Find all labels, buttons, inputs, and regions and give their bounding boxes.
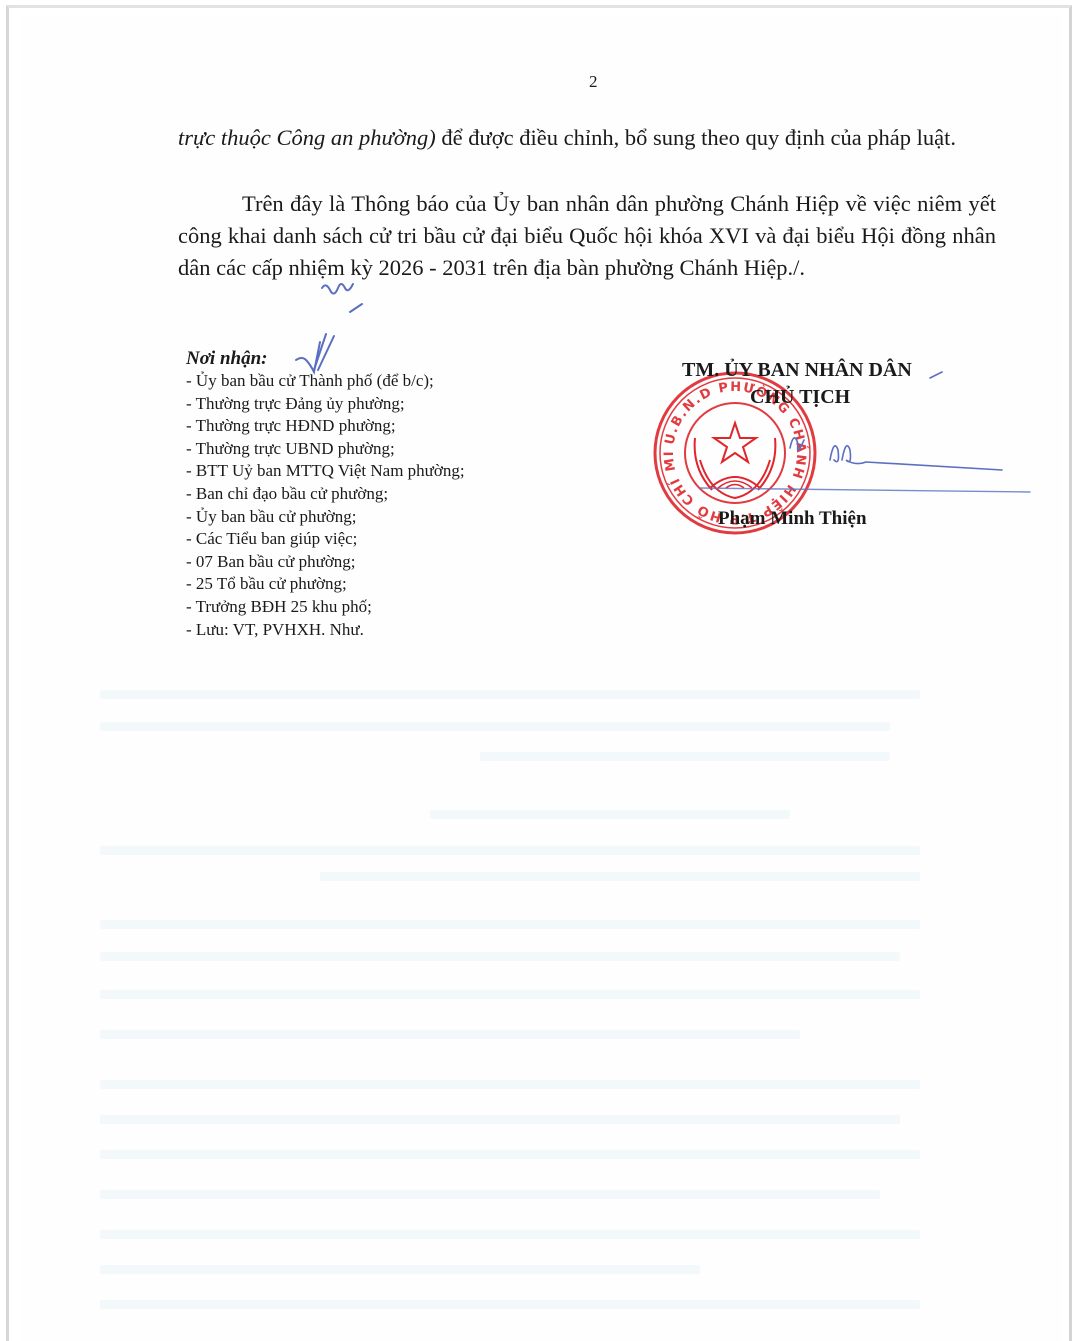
recipient-item: - Ban chỉ đạo bầu cử phường; xyxy=(186,483,546,506)
recipients-list: - Ủy ban bầu cử Thành phố (để b/c);- Thư… xyxy=(186,370,546,641)
bleed-through-line xyxy=(320,872,920,881)
paragraph-continuation: trực thuộc Công an phường) để được điều … xyxy=(178,122,996,154)
recipient-item: - 07 Ban bầu cử phường; xyxy=(186,551,546,574)
bleed-through-line xyxy=(100,1080,920,1089)
bleed-through-line xyxy=(100,1190,880,1199)
bleed-through-line xyxy=(100,920,920,929)
bleed-through-line xyxy=(100,1115,900,1124)
recipient-item: - Lưu: VT, PVHXH. Như. xyxy=(186,619,546,642)
bleed-through-line xyxy=(480,752,890,761)
recipient-item: - 25 Tổ bầu cử phường; xyxy=(186,573,546,596)
recipient-item: - Trưởng BĐH 25 khu phố; xyxy=(186,596,546,619)
recipient-item: - Thường trực HĐND phường; xyxy=(186,415,546,438)
signer-name: Phạm Minh Thiện xyxy=(718,508,867,530)
recipient-item: - BTT Uỷ ban MTTQ Việt Nam phường; xyxy=(186,460,546,483)
regular-clause: để được điều chỉnh, bổ sung theo quy địn… xyxy=(436,125,956,150)
italic-clause: trực thuộc Công an phường) xyxy=(178,125,436,150)
on-behalf-title: TM. ỦY BAN NHÂN DÂN xyxy=(660,356,990,384)
bleed-through-line xyxy=(100,1150,920,1159)
page-number: 2 xyxy=(589,72,598,92)
closing-paragraph: Trên đây là Thông báo của Ủy ban nhân dâ… xyxy=(178,188,996,284)
bleed-through-line xyxy=(100,690,920,699)
signature-block: TM. ỦY BAN NHÂN DÂN CHỦ TỊCH xyxy=(650,356,990,410)
bleed-through-line xyxy=(100,1230,920,1239)
bleed-through-line xyxy=(100,722,890,731)
recipients-block: Nơi nhận: - Ủy ban bầu cử Thành phố (để … xyxy=(186,348,546,641)
bleed-through-line xyxy=(430,810,790,819)
bleed-through-line xyxy=(100,1030,800,1039)
bleed-through-line xyxy=(100,990,920,999)
recipient-item: - Ủy ban bầu cử phường; xyxy=(186,506,546,529)
recipient-item: - Các Tiểu ban giúp việc; xyxy=(186,528,546,551)
recipient-item: - Ủy ban bầu cử Thành phố (để b/c); xyxy=(186,370,546,393)
bleed-through-line xyxy=(100,952,900,961)
recipients-heading: Nơi nhận: xyxy=(186,348,546,370)
recipient-item: - Thường trực Đảng ủy phường; xyxy=(186,393,546,416)
bleed-through-line xyxy=(100,1265,700,1274)
recipient-item: - Thường trực UBND phường; xyxy=(186,438,546,461)
bleed-through-line xyxy=(100,846,920,855)
signer-role: CHỦ TỊCH xyxy=(650,384,990,410)
bleed-through-line xyxy=(100,1300,920,1309)
